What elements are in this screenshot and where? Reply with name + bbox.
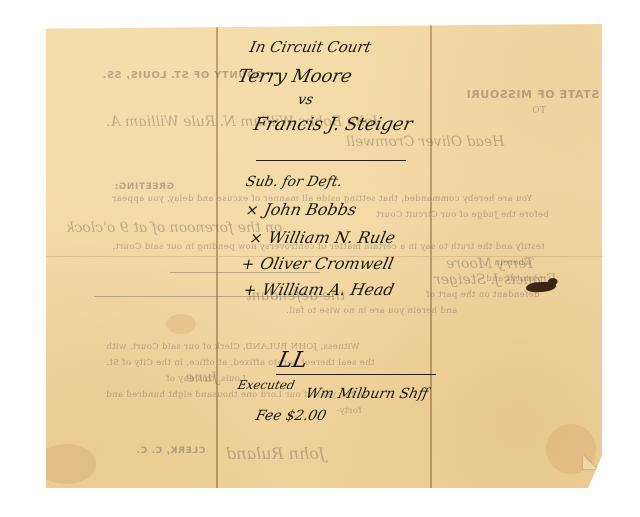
ghost-body-line: and herein you are in no wise to fail. — [286, 306, 457, 316]
ghost-witness-line: forty- — [336, 406, 361, 416]
witness-name: John Bobbs — [263, 200, 359, 219]
court-name: In Circuit Court — [248, 38, 373, 56]
witness-row: +William A. Head — [242, 280, 396, 299]
ghost-body-line: defendant on the part of — [426, 290, 539, 300]
ghost-clerk-label: CLERK, C. C. — [136, 446, 205, 456]
folded-corner — [583, 455, 597, 469]
sheriff-signature: Wm Milburn Shff — [304, 386, 429, 402]
ghost-witness-line: Witness, JOHN RULAND, Clerk of our said … — [106, 342, 360, 352]
ghost-state-header: THE STATE OF MISSOURI — [466, 88, 630, 101]
underline — [256, 160, 406, 161]
witness-row: +Oliver Cromwell — [240, 254, 395, 273]
subpoena-heading: Sub. for Deft. — [244, 174, 343, 190]
ink-blot — [526, 281, 557, 293]
ghost-to-label: TO — [532, 106, 546, 116]
witness-row: ×John Bobbs — [244, 200, 358, 219]
witness-mark: + — [240, 255, 256, 273]
witness-row: ×William N. Rule — [248, 228, 397, 247]
witness-name: Oliver Cromwell — [259, 254, 396, 273]
document-paper: THE STATE OF MISSOURI COUNTY OF ST. LOUI… — [46, 24, 602, 488]
signature-rule — [276, 374, 436, 375]
initials: LL — [275, 348, 310, 373]
witness-mark: × — [248, 229, 264, 247]
witness-name: William N. Rule — [267, 228, 398, 247]
ghost-body-line: before the Judge of our Circuit Court — [376, 210, 549, 220]
stain — [36, 444, 96, 484]
ghost-greeting: GREETING: — [114, 182, 174, 192]
ghost-plaintiff: Terry Moore — [446, 256, 534, 272]
plaintiff-name: Terry Moore — [236, 66, 354, 87]
defendant-name: Francis J. Steiger — [252, 114, 415, 135]
ghost-witness-line: the seal thereof hereto affixed, at offi… — [106, 358, 374, 368]
scan-background: THE STATE OF MISSOURI COUNTY OF ST. LOUI… — [0, 0, 640, 517]
witness-mark: + — [242, 281, 258, 299]
fee-label: Fee $2.00 — [254, 408, 327, 424]
versus-label: vs — [296, 92, 314, 108]
ghost-month: June — [186, 370, 218, 386]
witness-name: William A. Head — [261, 280, 396, 299]
executed-label: Executed — [237, 378, 297, 392]
ghost-addressees: Head Oliver Cromwell — [346, 134, 504, 150]
stain — [166, 314, 196, 334]
witness-mark: × — [244, 201, 260, 219]
ghost-clerk-signature: John Ruland — [226, 444, 325, 463]
